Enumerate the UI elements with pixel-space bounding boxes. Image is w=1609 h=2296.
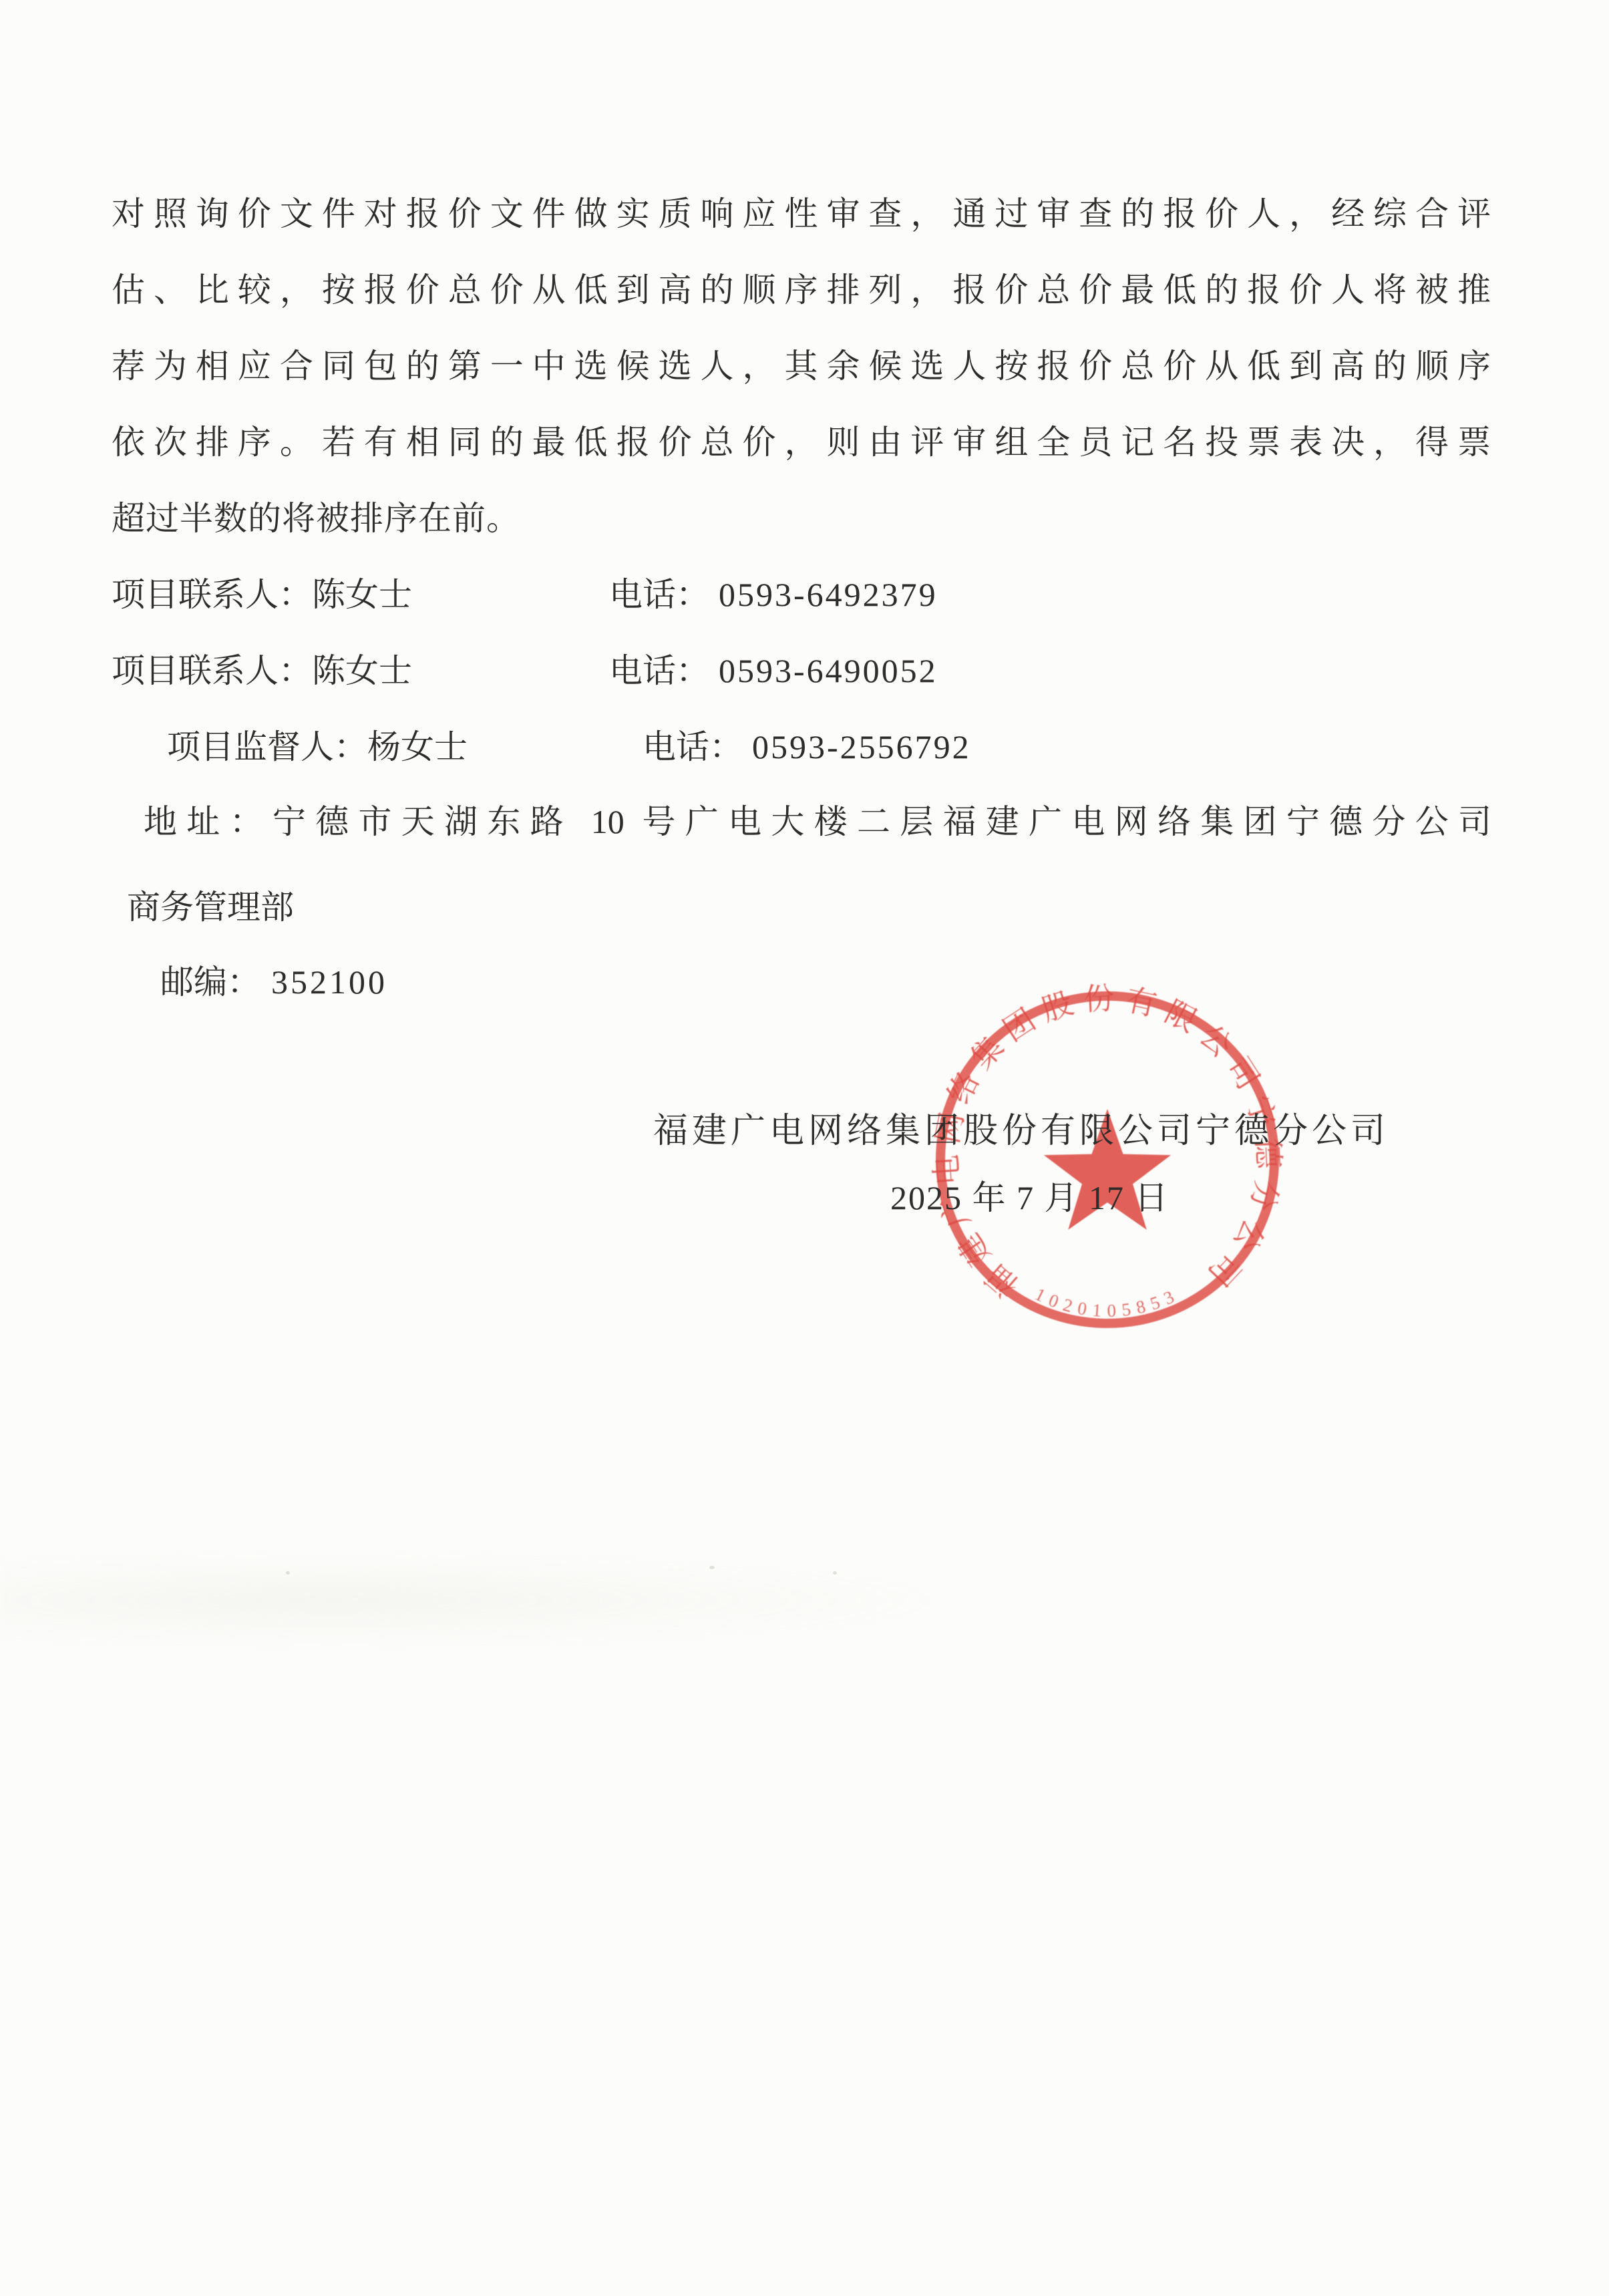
paragraph-line: 依次排序。若有相同的最低报价总价，则由评审组全员记名投票表决，得票 (112, 424, 1491, 461)
scan-speck (709, 1566, 715, 1569)
signature-company: 福建广电网络集团股份有限公司宁德分公司 (653, 1102, 1389, 1152)
phone-label: 电话： (643, 728, 743, 766)
phone-label: 电话： (609, 652, 709, 689)
address-line2: 商务管理部 (127, 880, 294, 929)
phone-number: 0593-6490052 (719, 652, 938, 689)
contact-role-name: 项目联系人：陈女士 (112, 652, 412, 689)
contact-role-name: 项目联系人：陈女士 (112, 576, 412, 613)
paragraph-line: 荐为相应合同包的第一中选候选人，其余候选人按报价总价从低到高的顺序 (112, 347, 1491, 385)
paragraph-line: 对照询价文件对报价文件做实质响应性审查，通过审查的报价人，经综合评 (112, 195, 1491, 232)
scanned-document-page: 对照询价文件对报价文件做实质响应性审查，通过审查的报价人，经综合评 估、比较，按… (0, 0, 1609, 2296)
contact-role-label: 项目监督人： (167, 728, 367, 766)
official-seal: 福建广电网络集团股份有限公司宁德分公司 1020105853 (920, 981, 1294, 1341)
contact-row: 项目监督人：杨女士 电话：0593-2556792 (0, 728, 1609, 768)
contact-phone: 电话：0593-6490052 (609, 652, 938, 689)
paragraph-line: 估、比较，按报价总价从低到高的顺序排列，报价总价最低的报价人将被推 (112, 271, 1491, 309)
contact-name: 杨女士 (367, 728, 468, 766)
phone-label: 电话： (609, 576, 709, 613)
address-line: 地址：宁德市天湖东路 10 号广电大楼二层福建广电网络集团宁德分公司 (144, 803, 1491, 840)
scan-smudge (0, 1550, 948, 1650)
postcode-value: 352100 (271, 963, 387, 1001)
address-value: 宁德市天湖东路 10 号广电大楼二层福建广电网络集团宁德分公司 (273, 803, 1491, 840)
scan-speck (286, 1571, 290, 1575)
scan-speck (833, 1571, 837, 1575)
contact-phone: 电话：0593-6492379 (609, 576, 938, 613)
contact-name: 陈女士 (312, 652, 412, 689)
contact-role-label: 项目联系人： (112, 576, 312, 613)
phone-number: 0593-2556792 (752, 728, 971, 766)
contact-phone: 电话：0593-2556792 (643, 728, 971, 766)
contact-row: 项目联系人：陈女士 电话：0593-6492379 (0, 576, 1609, 616)
contact-role-label: 项目联系人： (112, 652, 312, 689)
postcode-line: 邮编：352100 (160, 955, 387, 1003)
contact-role-name: 项目监督人：杨女士 (167, 728, 468, 766)
contact-row: 项目联系人：陈女士 电话：0593-6490052 (0, 652, 1609, 692)
signature-date: 2025 年 7 月 17 日 (890, 1171, 1170, 1219)
address-label: 地址： (144, 803, 273, 840)
postcode-label: 邮编： (160, 963, 260, 1001)
contact-name: 陈女士 (312, 576, 412, 613)
paragraph-line: 超过半数的将被排序在前。 (112, 500, 1491, 537)
phone-number: 0593-6492379 (719, 576, 938, 613)
